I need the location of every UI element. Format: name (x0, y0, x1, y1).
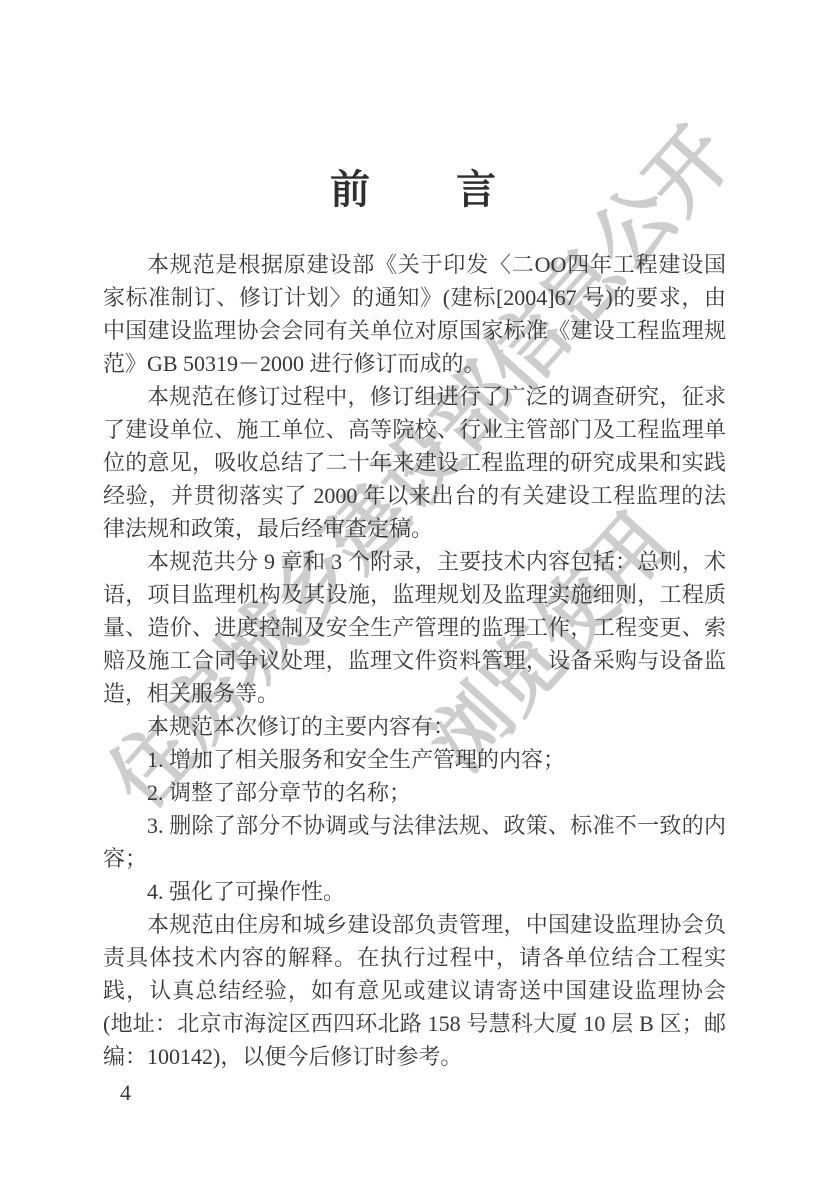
paragraph-5: 本规范由住房和城乡建设部负责管理，中国建设监理协会负责具体技术内容的解释。在执行… (103, 908, 726, 1073)
paragraph-1: 本规范是根据原建设部《关于印发〈二OO四年工程建设国家标准制订、修订计划〉的通知… (103, 248, 726, 380)
paragraph-4-intro: 本规范本次修订的主要内容有： (103, 710, 726, 743)
paragraph-2: 本规范在修订过程中，修订组进行了广泛的调查研究，征求了建设单位、施工单位、高等院… (103, 380, 726, 545)
list-item-2: 2. 调整了部分章节的名称； (103, 776, 726, 809)
document-page: 住房城乡建设部信息公开 浏览使用 前 言 本规范是根据原建设部《关于印发〈二OO… (0, 0, 828, 1198)
body-text: 本规范是根据原建设部《关于印发〈二OO四年工程建设国家标准制订、修订计划〉的通知… (103, 248, 726, 1073)
list-item-4: 4. 强化了可操作性。 (103, 875, 726, 908)
list-item-3: 3. 删除了部分不协调或与法律法规、政策、标准不一致的内容； (103, 809, 726, 875)
paragraph-3: 本规范共分 9 章和 3 个附录，主要技术内容包括：总则，术语，项目监理机构及其… (103, 545, 726, 710)
page-title: 前 言 (0, 158, 828, 215)
list-item-1: 1. 增加了相关服务和安全生产管理的内容； (103, 743, 726, 776)
page-number: 4 (120, 1080, 131, 1106)
